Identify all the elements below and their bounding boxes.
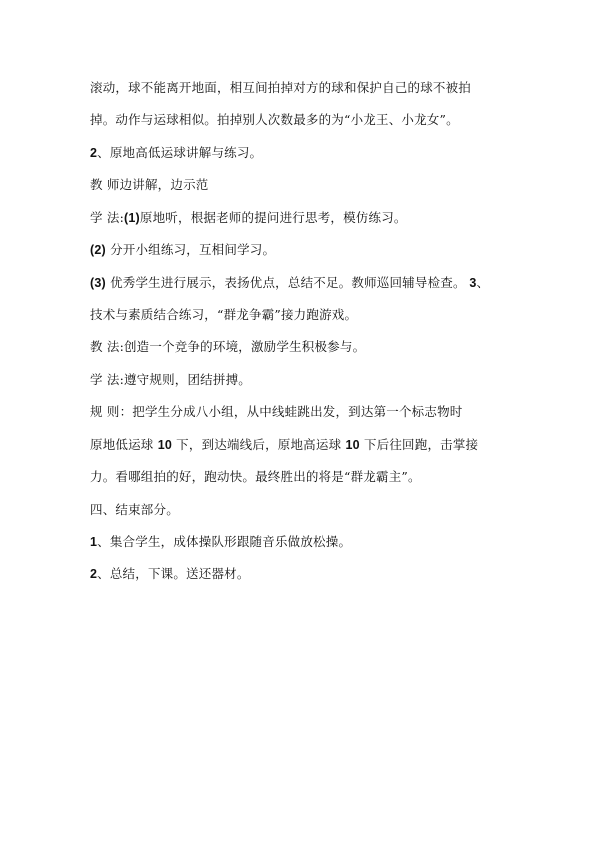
paragraph-line: 掉。动作与运球相似。拍掉别人次数最多的为“小龙王、小龙女”。 [90, 112, 459, 128]
text: 原地听，根据老师的提问进行思考，模仿练习。 [140, 210, 407, 225]
text: 、集合学生，成体操队形跟随音乐做放松操。 [97, 534, 351, 549]
text: 优秀学生进行展示，表扬优点，总结不足。教师巡回辅导检查。 [106, 275, 466, 290]
text: 学 法:遵守规则，团结拼搏。 [90, 372, 251, 387]
item-number: 3 [466, 276, 477, 290]
paragraph-line: 1、集合学生，成体操队形跟随音乐做放松操。 [90, 534, 351, 550]
text: 学 法: [90, 210, 124, 225]
text: 教 师边讲解，边示范 [90, 177, 208, 192]
text: 掉。动作与运球相似。拍掉别人次数最多的为“小龙王、小龙女”。 [90, 112, 459, 127]
item-number: (1) [124, 211, 140, 225]
text: 教 法:创造一个竞争的环境，激励学生积极参与。 [90, 339, 365, 354]
paragraph-line: 技术与素质结合练习，“群龙争霸”接力跑游戏。 [90, 307, 357, 323]
paragraph-line: 学 法:遵守规则，团结拼搏。 [90, 372, 251, 388]
paragraph-line: 学 法:(1)原地听，根据老师的提问进行思考，模仿练习。 [90, 210, 407, 226]
paragraph-line: 力。看哪组拍的好，跑动快。最终胜出的将是“群龙霸主”。 [90, 469, 421, 485]
text: 、 [477, 275, 490, 290]
text: 、原地高低运球讲解与练习。 [97, 145, 262, 160]
number: 10 [158, 438, 172, 452]
section-heading: 四、结束部分。 [90, 502, 179, 518]
text: 技术与素质结合练习，“群龙争霸”接力跑游戏。 [90, 307, 357, 322]
paragraph-line: 教 法:创造一个竞争的环境，激励学生积极参与。 [90, 339, 365, 355]
text: 原地低运球 [90, 437, 158, 452]
number: 10 [345, 438, 359, 452]
paragraph-line: 2、总结，下课。送还器材。 [90, 566, 250, 582]
paragraph-line: 教 师边讲解，边示范 [90, 177, 208, 193]
text: 规 则：把学生分成八小组，从中线蛙跳出发，到达第一个标志物时 [90, 404, 462, 419]
text: 下后往回跑，击掌接 [360, 437, 478, 452]
paragraph-line: 滚动，球不能离开地面，相互间拍掉对方的球和保护自己的球不被拍 [90, 80, 471, 96]
text: 下，到达端线后，原地高运球 [172, 437, 345, 452]
text: 四、结束部分。 [90, 502, 179, 517]
text: 分开小组练习，互相间学习。 [106, 242, 275, 257]
text: 力。看哪组拍的好，跑动快。最终胜出的将是“群龙霸主”。 [90, 469, 421, 484]
paragraph-line: 规 则：把学生分成八小组，从中线蛙跳出发，到达第一个标志物时 [90, 404, 462, 420]
item-number: (3) [90, 276, 106, 290]
document-page: 滚动，球不能离开地面，相互间拍掉对方的球和保护自己的球不被拍 掉。动作与运球相似… [0, 0, 595, 842]
section-heading: 2、原地高低运球讲解与练习。 [90, 145, 262, 161]
paragraph-line: (2) 分开小组练习，互相间学习。 [90, 242, 275, 258]
item-number: (2) [90, 243, 106, 257]
paragraph-line: (3) 优秀学生进行展示，表扬优点，总结不足。教师巡回辅导检查。 3、 [90, 275, 489, 291]
paragraph-line: 原地低运球 10 下，到达端线后，原地高运球 10 下后往回跑，击掌接 [90, 437, 478, 453]
text: 、总结，下课。送还器材。 [97, 566, 249, 581]
text: 滚动，球不能离开地面，相互间拍掉对方的球和保护自己的球不被拍 [90, 80, 471, 95]
